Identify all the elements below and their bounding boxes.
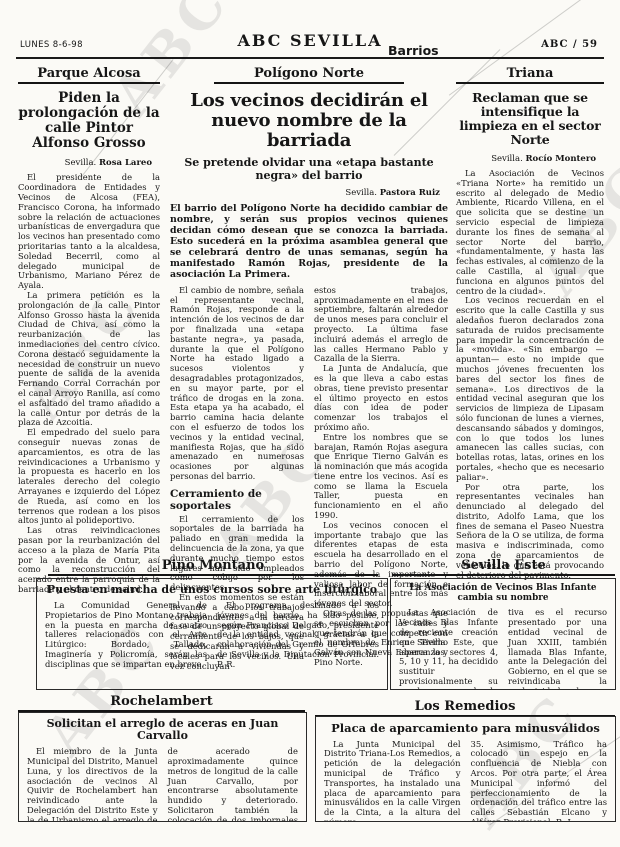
brief-columns: La Junta Municipal del Distrito Triana-L…	[324, 740, 607, 822]
brief-rochelambert: Solicitan el arreglo de aceras en Juan C…	[18, 712, 307, 822]
article-subhead: Cerramiento de soportales	[170, 488, 304, 512]
brief-paragraph: El programa, destinado a los jóvenes del…	[217, 601, 379, 670]
brief-paragraph: de acerado de aproximadamente quince met…	[168, 747, 299, 822]
article-paragraph: El cambio de nombre, señala el represent…	[170, 286, 304, 482]
section-header-poligono-norte: Polígono Norte	[214, 66, 404, 84]
brief-columns: El miembro de la Junta Municipal del Dis…	[27, 747, 298, 822]
article-paragraph: El empedrado del suelo para conseguir nu…	[18, 428, 160, 526]
brief-title: Puesta en marcha de unos cursos sobre ar…	[45, 584, 379, 596]
brief-paragraph: La Asociación de Vecinos Blas Infante de…	[399, 608, 498, 690]
article-lead: El barrio del Polígono Norte ha decidido…	[170, 203, 448, 280]
byline-city: Sevilla.	[345, 188, 377, 198]
section-header-parque-alcosa: Parque Alcosa	[18, 66, 160, 84]
brief-sevilla-este: La Asociación de Vecinos Blas Infante ca…	[390, 578, 616, 690]
article-paragraph: La primera petición es la prolongación d…	[18, 291, 160, 428]
article-paragraph: La Asociación de Vecinos «Triana Norte» …	[456, 169, 604, 296]
article-subtitle: Se pretende olvidar una «etapa bastante …	[170, 157, 448, 182]
brief-title: La Asociación de Vecinos Blas Infante ca…	[399, 584, 607, 603]
brief-title: Solicitan el arreglo de aceras en Juan C…	[27, 718, 298, 742]
byline: Sevilla. Rocío Montero	[456, 154, 604, 164]
brief-los-remedios: Placa de aparcamiento para minusválidos …	[315, 716, 616, 822]
article-paragraph: Los vecinos recuerdan en el escrito que …	[456, 296, 604, 482]
byline: Sevilla. Rosa Lareo	[18, 158, 160, 168]
brief-paragraph: 35. Asimismo, Tráfico ha colocado un esp…	[471, 740, 608, 822]
byline-author: Pastora Ruiz	[380, 188, 440, 198]
article-title: Reclaman que se intensifique la limpieza…	[456, 91, 604, 147]
article-paragraph: estos trabajos, aproximadamente en el me…	[314, 286, 448, 364]
article-triana: Triana Reclaman que se intensifique la l…	[456, 66, 604, 580]
newspaper-page: ABC ABC ABC ABC ABC ABC LUNES 8-6-98 ABC…	[0, 0, 620, 847]
section-header-rochelambert: Rochelambert	[18, 694, 305, 712]
article-parque-alcosa: Parque Alcosa Piden la prolongación de l…	[18, 66, 160, 595]
byline-author: Rocío Montero	[525, 154, 596, 164]
article-paragraph: La Junta de Andalucía, que es la que lle…	[314, 364, 448, 433]
brief-title: Placa de aparcamiento para minusválidos	[324, 722, 607, 735]
masthead: ABC SEVILLA	[0, 31, 620, 50]
section-header-sevilla-este: Sevilla Este	[392, 558, 615, 576]
byline-author: Rosa Lareo	[99, 158, 152, 168]
brief-paragraph: La Junta Municipal del Distrito Triana-L…	[324, 740, 461, 822]
brief-paragraph: tiva es el recurso presentado por una en…	[508, 608, 607, 690]
article-title: Piden la prolongación de la calle Pintor…	[18, 91, 160, 151]
section-header-los-remedios: Los Remedios	[315, 699, 615, 717]
byline-city: Sevilla.	[491, 154, 523, 164]
article-paragraph: El presidente de la Coordinadora de Enti…	[18, 173, 160, 291]
brief-columns: La Comunidad General de Propietarios de …	[45, 601, 379, 670]
section-label: Barrios	[388, 43, 439, 58]
byline: Sevilla. Pastora Ruiz	[170, 188, 448, 198]
article-paragraph: Entre los nombres que se barajan, Ramón …	[314, 433, 448, 521]
byline-city: Sevilla.	[65, 158, 97, 168]
section-header-triana: Triana	[456, 66, 604, 84]
article-title: Los vecinos decidirán el nuevo nombre de…	[170, 91, 448, 151]
section-header-pino-montano: Pino Montano	[48, 558, 378, 576]
brief-paragraph: El miembro de la Junta Municipal del Dis…	[27, 747, 158, 822]
brief-columns: La Asociación de Vecinos Blas Infante de…	[399, 608, 607, 690]
page-number: ABC / 59	[541, 39, 598, 50]
brief-pino-montano: Puesta en marcha de unos cursos sobre ar…	[36, 578, 388, 690]
brief-paragraph: La Comunidad General de Propietarios de …	[45, 601, 207, 670]
header-rule	[16, 57, 604, 59]
